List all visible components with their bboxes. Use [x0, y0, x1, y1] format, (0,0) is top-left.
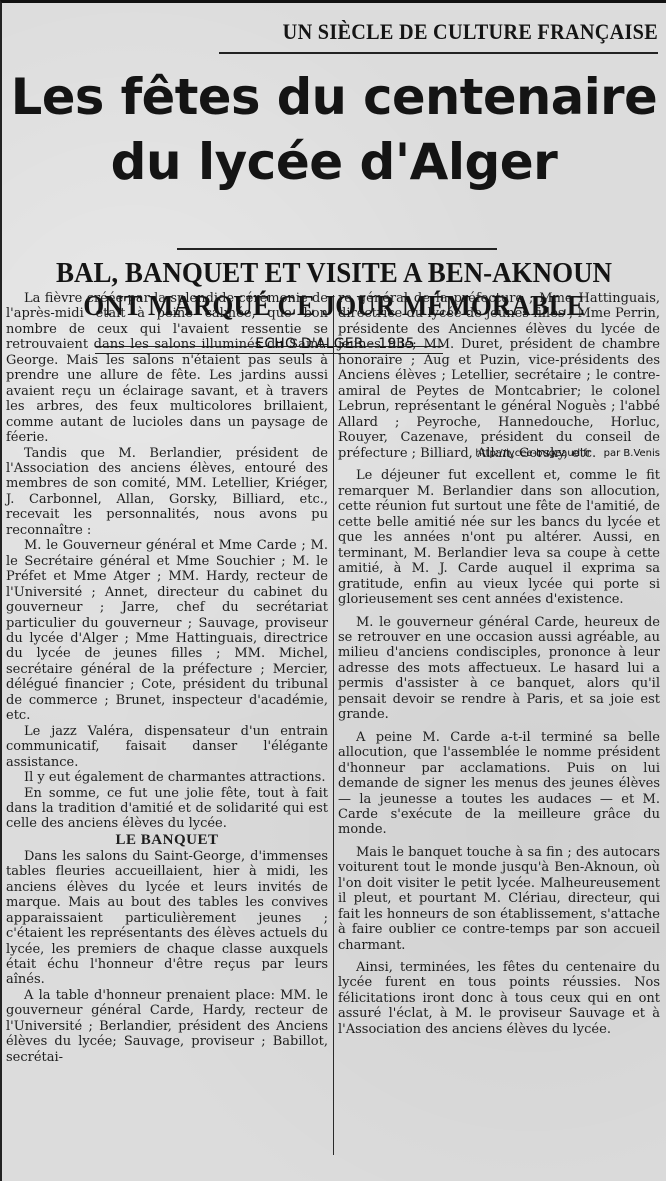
right-column: re général de la préfecture ; Mme Hattin…	[338, 291, 660, 1037]
headline-line-1: Les fêtes du centenaire	[5, 65, 662, 130]
paragraph: Mais le banquet touche à sa fin ; des au…	[338, 845, 660, 953]
paragraph: En somme, ce fut une jolie fête, tout à …	[6, 786, 328, 832]
paragraph: re général de la préfecture ; Mme Hattin…	[338, 291, 660, 461]
paragraph: M. le Gouverneur général et Mme Carde ; …	[6, 538, 328, 723]
headline-rule	[177, 248, 497, 250]
headline-line-2: du lycée d'Alger	[2, 130, 666, 195]
paragraph: Le jazz Valéra, dispensateur d'un entrai…	[6, 724, 328, 770]
watermark-url: http://lycee-bugeaud.fr	[475, 448, 591, 459]
paragraph: A peine M. Carde a-t-il terminé sa belle…	[338, 730, 660, 838]
watermark-author: par B.Venis	[604, 448, 660, 459]
paragraph: Dans les salons du Saint-George, d'immen…	[6, 849, 328, 988]
newspaper-clipping: UN SIÈCLE DE CULTURE FRANÇAISE Les fêtes…	[0, 0, 666, 1181]
column-divider	[333, 295, 334, 1155]
subheadline-line-1: BAL, BANQUET ET VISITE A BEN-AKNOUN	[25, 257, 643, 290]
paragraph: Le déjeuner fut excellent et, comme le f…	[338, 468, 660, 607]
paragraph: M. le gouverneur général Carde, heureux …	[338, 615, 660, 723]
paragraph: Il y eut également de charmantes attract…	[6, 770, 328, 785]
headline: Les fêtes du centenaire du lycée d'Alger	[2, 65, 666, 195]
paragraph: Ainsi, terminées, les fêtes du centenair…	[338, 960, 660, 1037]
section-heading: LE BANQUET	[6, 832, 328, 849]
paragraph: La fièvre créée par la splendide cérémon…	[6, 291, 328, 446]
paragraph: A la table d'honneur prenaient place: MM…	[6, 988, 328, 1065]
paragraph: Tandis que M. Berlandier, président de l…	[6, 446, 328, 539]
kicker-heading: UN SIÈCLE DE CULTURE FRANÇAISE	[255, 19, 658, 45]
left-column: La fièvre créée par la splendide cérémon…	[6, 291, 328, 1065]
kicker-underline	[219, 52, 658, 54]
